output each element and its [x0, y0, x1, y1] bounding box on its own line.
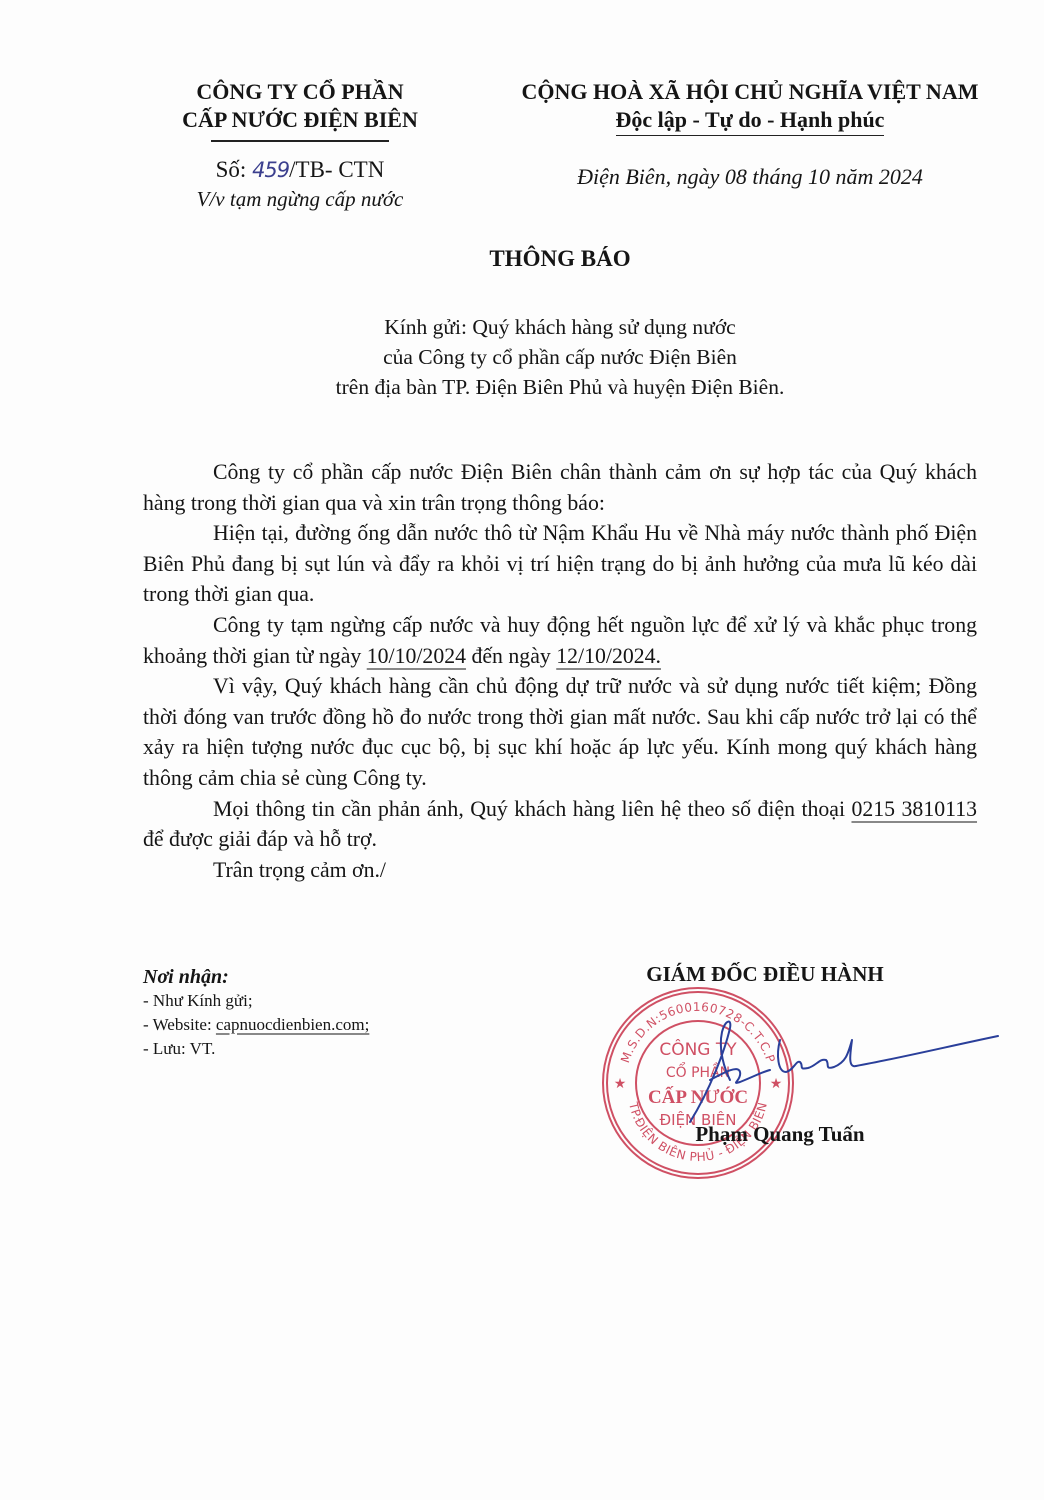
date-from: 10/10/2024: [367, 644, 466, 668]
national-header: CỘNG HOÀ XÃ HỘI CHỦ NGHĨA VIỆT NAM Độc l…: [490, 78, 1010, 136]
handwritten-number: 459: [252, 158, 289, 182]
recipient-line: trên địa bàn TP. Điện Biên Phủ và huyện …: [0, 372, 1044, 402]
recipient-line: của Công ty cổ phần cấp nước Điện Biên: [0, 342, 1044, 372]
distribution-heading: Nơi nhận:: [143, 965, 473, 989]
number-prefix: Số:: [216, 157, 252, 182]
country-name: CỘNG HOÀ XÃ HỘI CHỦ NGHĨA VIỆT NAM: [490, 78, 1010, 106]
place-date: Điện Biên, ngày 08 tháng 10 năm 2024: [490, 164, 1010, 190]
paragraph-thanks: Công ty cổ phần cấp nước Điện Biên chân …: [143, 457, 977, 518]
distribution-item: - Như Kính gửi;: [143, 989, 473, 1013]
recipient-line: Kính gửi: Quý khách hàng sử dụng nước: [0, 312, 1044, 342]
paragraph-situation: Hiện tại, đường ống dẫn nước thô từ Nậm …: [143, 518, 977, 610]
date-to: 12/10/2024.: [556, 644, 661, 668]
svg-text:★: ★: [614, 1076, 627, 1092]
document-number: Số: 459/TB- CTN: [140, 156, 460, 184]
issuer-name-line1: CÔNG TY CỔ PHẦN: [140, 78, 460, 106]
notice-body: Công ty cổ phần cấp nước Điện Biên chân …: [143, 457, 977, 885]
national-motto: Độc lập - Tự do - Hạnh phúc: [616, 106, 885, 136]
paragraph-suspension: Công ty tạm ngừng cấp nước và huy động h…: [143, 610, 977, 671]
distribution-item: - Lưu: VT.: [143, 1037, 473, 1061]
document-subject: V/v tạm ngừng cấp nước: [140, 186, 460, 212]
distribution-item: - Website: capnuocdienbien.com;: [143, 1013, 473, 1037]
website-link[interactable]: capnuocdienbien.com;: [216, 1015, 369, 1034]
phone-number: 0215 3810113: [851, 797, 977, 821]
issuer-name-line2: CẤP NƯỚC ĐIỆN BIÊN: [140, 106, 460, 134]
distribution-list: Nơi nhận: - Như Kính gửi; - Website: cap…: [143, 965, 473, 1061]
paragraph-closing: Trân trọng cảm ơn./: [143, 855, 977, 886]
handwritten-signature-icon: [670, 1010, 1005, 1130]
paragraph-advice: Vì vậy, Quý khách hàng cần chủ động dự t…: [143, 671, 977, 793]
number-suffix: /TB- CTN: [289, 157, 384, 182]
recipients: Kính gửi: Quý khách hàng sử dụng nước củ…: [0, 312, 1044, 402]
issuer-underline: [211, 140, 389, 142]
document-title: THÔNG BÁO: [0, 246, 1044, 272]
issuer-header: CÔNG TY CỔ PHẦN CẤP NƯỚC ĐIỆN BIÊN: [140, 78, 460, 142]
paragraph-contact: Mọi thông tin cần phản ánh, Quý khách hà…: [143, 794, 977, 855]
